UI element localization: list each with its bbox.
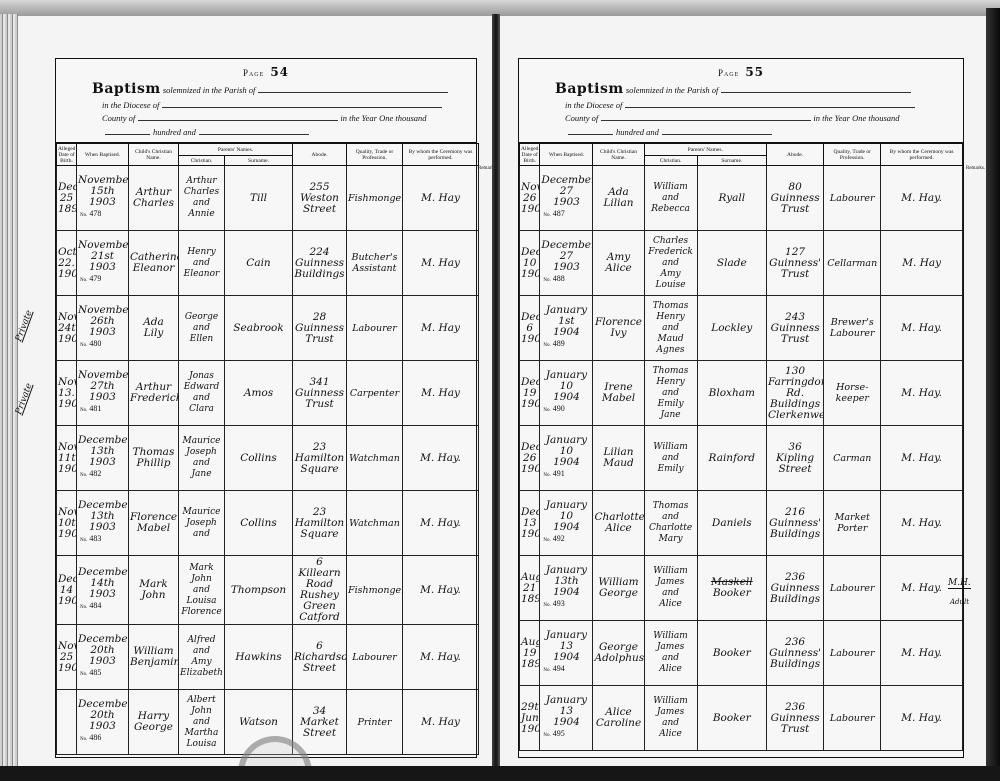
header-hundred-line: hundred and — [102, 127, 309, 137]
child-name-cell: CatherineEleanor — [129, 231, 179, 296]
col-surname: Surname. — [697, 156, 766, 166]
col-born: Alleged Date of Birth. — [520, 144, 540, 166]
child-name-cell: FlorenceMabel — [129, 491, 179, 556]
entry-number: No.482 — [78, 468, 127, 481]
birth-date-cell: Dec.251899 — [57, 166, 77, 231]
baptism-date-cell: December20th1903No.485 — [77, 625, 129, 690]
abode-cell: 341GuinnessTrust — [293, 361, 347, 426]
officiant-signature-cell: M. Hay — [403, 361, 479, 426]
baptism-date-cell: December20th1903No.486 — [77, 690, 129, 755]
entry-number: No.478 — [78, 208, 127, 221]
col-abode: Abode. — [293, 144, 347, 166]
quality-cell: Fishmonger — [347, 166, 403, 231]
col-baptised: When Baptised. — [77, 144, 129, 166]
form-header: Page54 Baptism solemnized in the Parish … — [56, 59, 476, 143]
quality-cell: Fishmonger — [347, 556, 403, 625]
parents-christian-cell: AlbertJohnandMarthaLouisa — [179, 690, 225, 755]
register-entry-row: Nov.261903December271903No.487AdaLilianW… — [520, 166, 963, 231]
header-diocese-line: in the Diocese of — [565, 100, 915, 110]
surname-cell: Hawkins — [225, 625, 293, 690]
register-entry-row: Aug.191896January131904No.494GeorgeAdolp… — [520, 621, 963, 686]
header-parish-line: Baptism solemnized in the Parish of — [555, 81, 911, 97]
officiant-signature-cell: M. Hay. — [881, 621, 963, 686]
parents-christian-cell: WilliamandEmily — [644, 426, 697, 491]
entry-number: No.481 — [78, 403, 127, 416]
child-name-cell: MarkJohn — [129, 556, 179, 625]
baptism-date-cell: November27th1903No.481 — [77, 361, 129, 426]
col-child: Child's Christian Name. — [593, 144, 644, 166]
birth-date-cell: Dec101903 — [520, 231, 540, 296]
register-entry-row: Nov.24th1903November26th1903No.480AdaLil… — [57, 296, 479, 361]
register-entry-row: Dec.131903January101904No.492CharlotteAl… — [520, 491, 963, 556]
parents-christian-cell: MauriceJosephand — [179, 491, 225, 556]
surname-cell: Booker — [697, 686, 766, 751]
child-name-cell: ArthurCharles — [129, 166, 179, 231]
remark-note-adult: Adult — [950, 598, 969, 606]
child-name-cell: WilliamGeorge — [593, 556, 644, 621]
col-by-whom: By whom the Ceremony was performed. — [881, 144, 963, 166]
entry-number: No.483 — [78, 533, 127, 546]
birth-date-cell: Nov10th1903 — [57, 491, 77, 556]
officiant-signature-cell: M. Hay. — [881, 296, 963, 361]
entry-number: No.487 — [541, 208, 591, 221]
surname-cell: Ryall — [697, 166, 766, 231]
officiant-signature-cell: M. Hay. — [881, 491, 963, 556]
entry-number: No.479 — [78, 273, 127, 286]
surname-cell: Bloxham — [697, 361, 766, 426]
header-county-line: County of in the Year One thousand — [102, 113, 427, 123]
baptism-date-cell: December271903No.487 — [540, 166, 593, 231]
birth-date-cell: Dec.191903 — [520, 361, 540, 426]
entry-number: No.486 — [78, 732, 127, 745]
col-parents: Parents' Names. — [179, 144, 293, 156]
quality-cell: Carman — [824, 426, 881, 491]
quality-cell: Labourer — [824, 556, 881, 621]
abode-cell: 236Guinness'Buildings — [767, 621, 824, 686]
entry-number: No.495 — [541, 728, 591, 741]
page-stack-edge — [0, 14, 18, 774]
parents-christian-cell: GeorgeandEllen — [179, 296, 225, 361]
child-name-cell: GeorgeAdolphus — [593, 621, 644, 686]
abode-cell: 127Guinness'Trust — [767, 231, 824, 296]
baptism-table-right: Alleged Date of Birth. When Baptised. Ch… — [519, 143, 963, 751]
parents-christian-cell: ArthurCharlesandAnnie — [179, 166, 225, 231]
baptism-date-cell: November26th1903No.480 — [77, 296, 129, 361]
register-entry-row: Aug.211892January13th1904No.493WilliamGe… — [520, 556, 963, 621]
baptism-date-cell: January1st1904No.489 — [540, 296, 593, 361]
entry-number: No.485 — [78, 667, 127, 680]
surname-cell: Lockley — [697, 296, 766, 361]
quality-cell: Carpenter — [347, 361, 403, 426]
quality-cell: Watchman — [347, 426, 403, 491]
officiant-signature-cell: M. Hay. — [403, 491, 479, 556]
child-name-cell: ArthurFrederick — [129, 361, 179, 426]
page-number: Page55 — [519, 65, 963, 79]
parents-christian-cell: WilliamJamesandAlice — [644, 686, 697, 751]
abode-cell: 224GuinnessBuildings — [293, 231, 347, 296]
col-christian: Christian. — [179, 156, 225, 166]
surname-cell: Seabrook — [225, 296, 293, 361]
abode-cell: 23HamiltonSquare — [293, 426, 347, 491]
baptism-date-cell: December13th1903No.483 — [77, 491, 129, 556]
quality-cell: Brewer's Labourer — [824, 296, 881, 361]
parents-christian-cell: ThomasHenryandMaudAgnes — [644, 296, 697, 361]
header-hundred-line: hundred and — [565, 127, 772, 137]
child-name-cell: ThomasPhillip — [129, 426, 179, 491]
child-name-cell: FlorenceIvy — [593, 296, 644, 361]
col-quality: Quality, Trade or Profession. — [824, 144, 881, 166]
baptism-date-cell: January131904No.494 — [540, 621, 593, 686]
register-form-left: Page54 Baptism solemnized in the Parish … — [55, 58, 477, 758]
remark-note-initials: M.H. — [948, 578, 971, 589]
abode-cell: 28GuinnessTrust — [293, 296, 347, 361]
abode-cell: 80GuinnessTrust — [767, 166, 824, 231]
birth-date-cell: Nov.24th1903 — [57, 296, 77, 361]
book-right-edge — [986, 8, 1000, 781]
birth-date-cell: Dec.141903 — [57, 556, 77, 625]
quality-cell: Labourer — [347, 296, 403, 361]
abode-cell: 236GuinnessTrust — [767, 686, 824, 751]
officiant-signature-cell: M. Hay — [403, 166, 479, 231]
baptism-table-left: Alleged Date of Birth. When Baptised. Ch… — [56, 143, 479, 755]
surname-cell: Cain — [225, 231, 293, 296]
birth-date-cell: Aug.191896 — [520, 621, 540, 686]
abode-cell: 6KillearnRoadRushey GreenCatford — [293, 556, 347, 625]
abode-cell: 23HamiltonSquare — [293, 491, 347, 556]
header-county-line: County of in the Year One thousand — [565, 113, 900, 123]
birth-date-cell: Dec.261903 — [520, 426, 540, 491]
entry-number: No.491 — [541, 468, 591, 481]
baptism-date-cell: November15th1903No.478 — [77, 166, 129, 231]
officiant-signature-cell: M. Hay — [403, 231, 479, 296]
surname-cell: Amos — [225, 361, 293, 426]
register-entry-row: Dec.261903January101904No.491LilianMaudW… — [520, 426, 963, 491]
parents-christian-cell: MauriceJosephandJane — [179, 426, 225, 491]
officiant-signature-cell: M. Hay. — [881, 686, 963, 751]
child-name-cell: AdaLilian — [593, 166, 644, 231]
child-name-cell: AmyAlice — [593, 231, 644, 296]
quality-cell: Watchman — [347, 491, 403, 556]
register-entry-row: Dec.191903January101904No.490IreneMabelT… — [520, 361, 963, 426]
quality-cell: Cellarman — [824, 231, 881, 296]
abode-cell: 216Guinness'Buildings — [767, 491, 824, 556]
abode-cell: 130Farringdon Rd.BuildingsClerkenwell — [767, 361, 824, 426]
surname-cell: Collins — [225, 491, 293, 556]
birth-date-cell: Nov.251903 — [57, 625, 77, 690]
entry-number: No.492 — [541, 533, 591, 546]
baptism-date-cell: December13th1903No.482 — [77, 426, 129, 491]
register-entry-row: Dec101903December271903No.488AmyAliceCha… — [520, 231, 963, 296]
parents-christian-cell: HenryandEleanor — [179, 231, 225, 296]
register-entry-row: 29thJune1901January131904No.495AliceCaro… — [520, 686, 963, 751]
register-entry-row: Nov.13.1903November27th1903No.481ArthurF… — [57, 361, 479, 426]
child-name-cell: HarryGeorge — [129, 690, 179, 755]
officiant-signature-cell: M. Hay. — [881, 426, 963, 491]
col-child: Child's Christian Name. — [129, 144, 179, 166]
page-number: Page54 — [56, 65, 476, 79]
birth-date-cell: Dec.131903 — [520, 491, 540, 556]
register-entry-row: Dec.141903December14th1903No.484MarkJohn… — [57, 556, 479, 625]
header-diocese-line: in the Diocese of — [102, 100, 442, 110]
baptism-date-cell: November21st1903No.479 — [77, 231, 129, 296]
entry-number: No.494 — [541, 663, 591, 676]
register-page-left: Page54 Baptism solemnized in the Parish … — [18, 16, 492, 768]
header-parish-line: Baptism solemnized in the Parish of — [92, 81, 448, 97]
officiant-signature-cell: M. Hay. — [881, 166, 963, 231]
quality-cell: Butcher's Assistant — [347, 231, 403, 296]
quality-cell: Labourer — [824, 621, 881, 686]
col-parents: Parents' Names. — [644, 144, 766, 156]
baptism-date-cell: January101904No.490 — [540, 361, 593, 426]
margin-note-private: Private — [14, 382, 35, 416]
birth-date-cell: Oct.22.1903 — [57, 231, 77, 296]
parents-christian-cell: ThomasandCharlotteMary — [644, 491, 697, 556]
baptism-date-cell: January101904No.491 — [540, 426, 593, 491]
surname-cell: MaskellBooker — [697, 556, 766, 621]
col-abode: Abode. — [767, 144, 824, 166]
register-page-right: Page55 Baptism solemnized in the Parish … — [500, 16, 986, 768]
col-surname: Surname. — [225, 156, 293, 166]
baptism-date-cell: January131904No.495 — [540, 686, 593, 751]
quality-cell: Horse-keeper — [824, 361, 881, 426]
parents-christian-cell: CharlesFrederickandAmyLouise — [644, 231, 697, 296]
surname-cell: Slade — [697, 231, 766, 296]
quality-cell: Labourer — [347, 625, 403, 690]
child-name-cell: LilianMaud — [593, 426, 644, 491]
col-baptised: When Baptised. — [540, 144, 593, 166]
book-gutter — [492, 14, 500, 781]
form-header: Page55 Baptism solemnized in the Parish … — [519, 59, 963, 143]
birth-date-cell: Nov.261903 — [520, 166, 540, 231]
entry-number: No.489 — [541, 338, 591, 351]
entry-number: No.480 — [78, 338, 127, 351]
baptism-date-cell: January101904No.492 — [540, 491, 593, 556]
parents-christian-cell: WilliamJamesandAlice — [644, 621, 697, 686]
entry-number: No.493 — [541, 598, 591, 611]
entry-number: No.490 — [541, 403, 591, 416]
child-name-cell: AliceCaroline — [593, 686, 644, 751]
parents-christian-cell: WilliamJamesandAlice — [644, 556, 697, 621]
baptism-date-cell: December271903No.488 — [540, 231, 593, 296]
child-name-cell: CharlotteAlice — [593, 491, 644, 556]
register-entry-row: Nov.251903December20th1903No.485WilliamB… — [57, 625, 479, 690]
birth-date-cell: Nov11th1903 — [57, 426, 77, 491]
entry-number: No.488 — [541, 273, 591, 286]
register-entry-row: Dec.61903January1st1904No.489FlorenceIvy… — [520, 296, 963, 361]
col-born: Alleged Date of Birth. — [57, 144, 77, 166]
officiant-signature-cell: M. Hay. — [403, 625, 479, 690]
officiant-signature-cell: M. Hay — [881, 231, 963, 296]
parents-christian-cell: AlfredandAmyElizabeth — [179, 625, 225, 690]
parents-christian-cell: ThomasHenryandEmilyJane — [644, 361, 697, 426]
parents-christian-cell: MarkJohnandLouisaFlorence — [179, 556, 225, 625]
quality-cell: Printer — [347, 690, 403, 755]
baptism-date-cell: December14th1903No.484 — [77, 556, 129, 625]
officiant-signature-cell: M. Hay — [403, 690, 479, 755]
entry-number: No.484 — [78, 600, 127, 613]
surname-cell: Rainford — [697, 426, 766, 491]
child-name-cell: WilliamBenjamin — [129, 625, 179, 690]
officiant-signature-cell: M. Hay. — [881, 361, 963, 426]
register-entry-row: Dec.251899November15th1903No.478ArthurCh… — [57, 166, 479, 231]
register-entry-row: Nov11th1903December13th1903No.482ThomasP… — [57, 426, 479, 491]
register-entry-row: Nov10th1903December13th1903No.483Florenc… — [57, 491, 479, 556]
surname-cell: Till — [225, 166, 293, 231]
register-form-right: Page55 Baptism solemnized in the Parish … — [518, 58, 964, 758]
abode-cell: 255WestonStreet — [293, 166, 347, 231]
child-name-cell: IreneMabel — [593, 361, 644, 426]
parents-christian-cell: WilliamandRebecca — [644, 166, 697, 231]
col-christian: Christian. — [644, 156, 697, 166]
abode-cell: 236GuinnessBuildings — [767, 556, 824, 621]
surname-cell: Thompson — [225, 556, 293, 625]
quality-cell: Labourer — [824, 166, 881, 231]
abode-cell: 36KiplingStreet — [767, 426, 824, 491]
surname-cell: Daniels — [697, 491, 766, 556]
abode-cell: 34MarketStreet — [293, 690, 347, 755]
birth-date-cell — [57, 690, 77, 755]
surname-cell: Collins — [225, 426, 293, 491]
col-quality: Quality, Trade or Profession. — [347, 144, 403, 166]
quality-cell: Market Porter — [824, 491, 881, 556]
birth-date-cell: Dec.61903 — [520, 296, 540, 361]
surname-cell: Booker — [697, 621, 766, 686]
officiant-signature-cell: M. Hay — [403, 296, 479, 361]
birth-date-cell: Nov.13.1903 — [57, 361, 77, 426]
abode-cell: 243GuinnessTrust — [767, 296, 824, 361]
book-top-edge — [0, 0, 1000, 16]
abode-cell: 6RichardsonStreet — [293, 625, 347, 690]
remarks-column-label: Remarks. — [966, 166, 985, 171]
margin-note-private: Private — [14, 309, 35, 343]
child-name-cell: AdaLily — [129, 296, 179, 361]
birth-date-cell: 29thJune1901 — [520, 686, 540, 751]
officiant-signature-cell: M. Hay. — [403, 556, 479, 625]
parents-christian-cell: JonasEdwardandClara — [179, 361, 225, 426]
col-by-whom: By whom the Ceremony was performed. — [403, 144, 479, 166]
officiant-signature-cell: M. Hay. — [403, 426, 479, 491]
quality-cell: Labourer — [824, 686, 881, 751]
birth-date-cell: Aug.211892 — [520, 556, 540, 621]
register-entry-row: Oct.22.1903November21st1903No.479Catheri… — [57, 231, 479, 296]
baptism-date-cell: January13th1904No.493 — [540, 556, 593, 621]
book-bottom-edge — [0, 766, 1000, 781]
